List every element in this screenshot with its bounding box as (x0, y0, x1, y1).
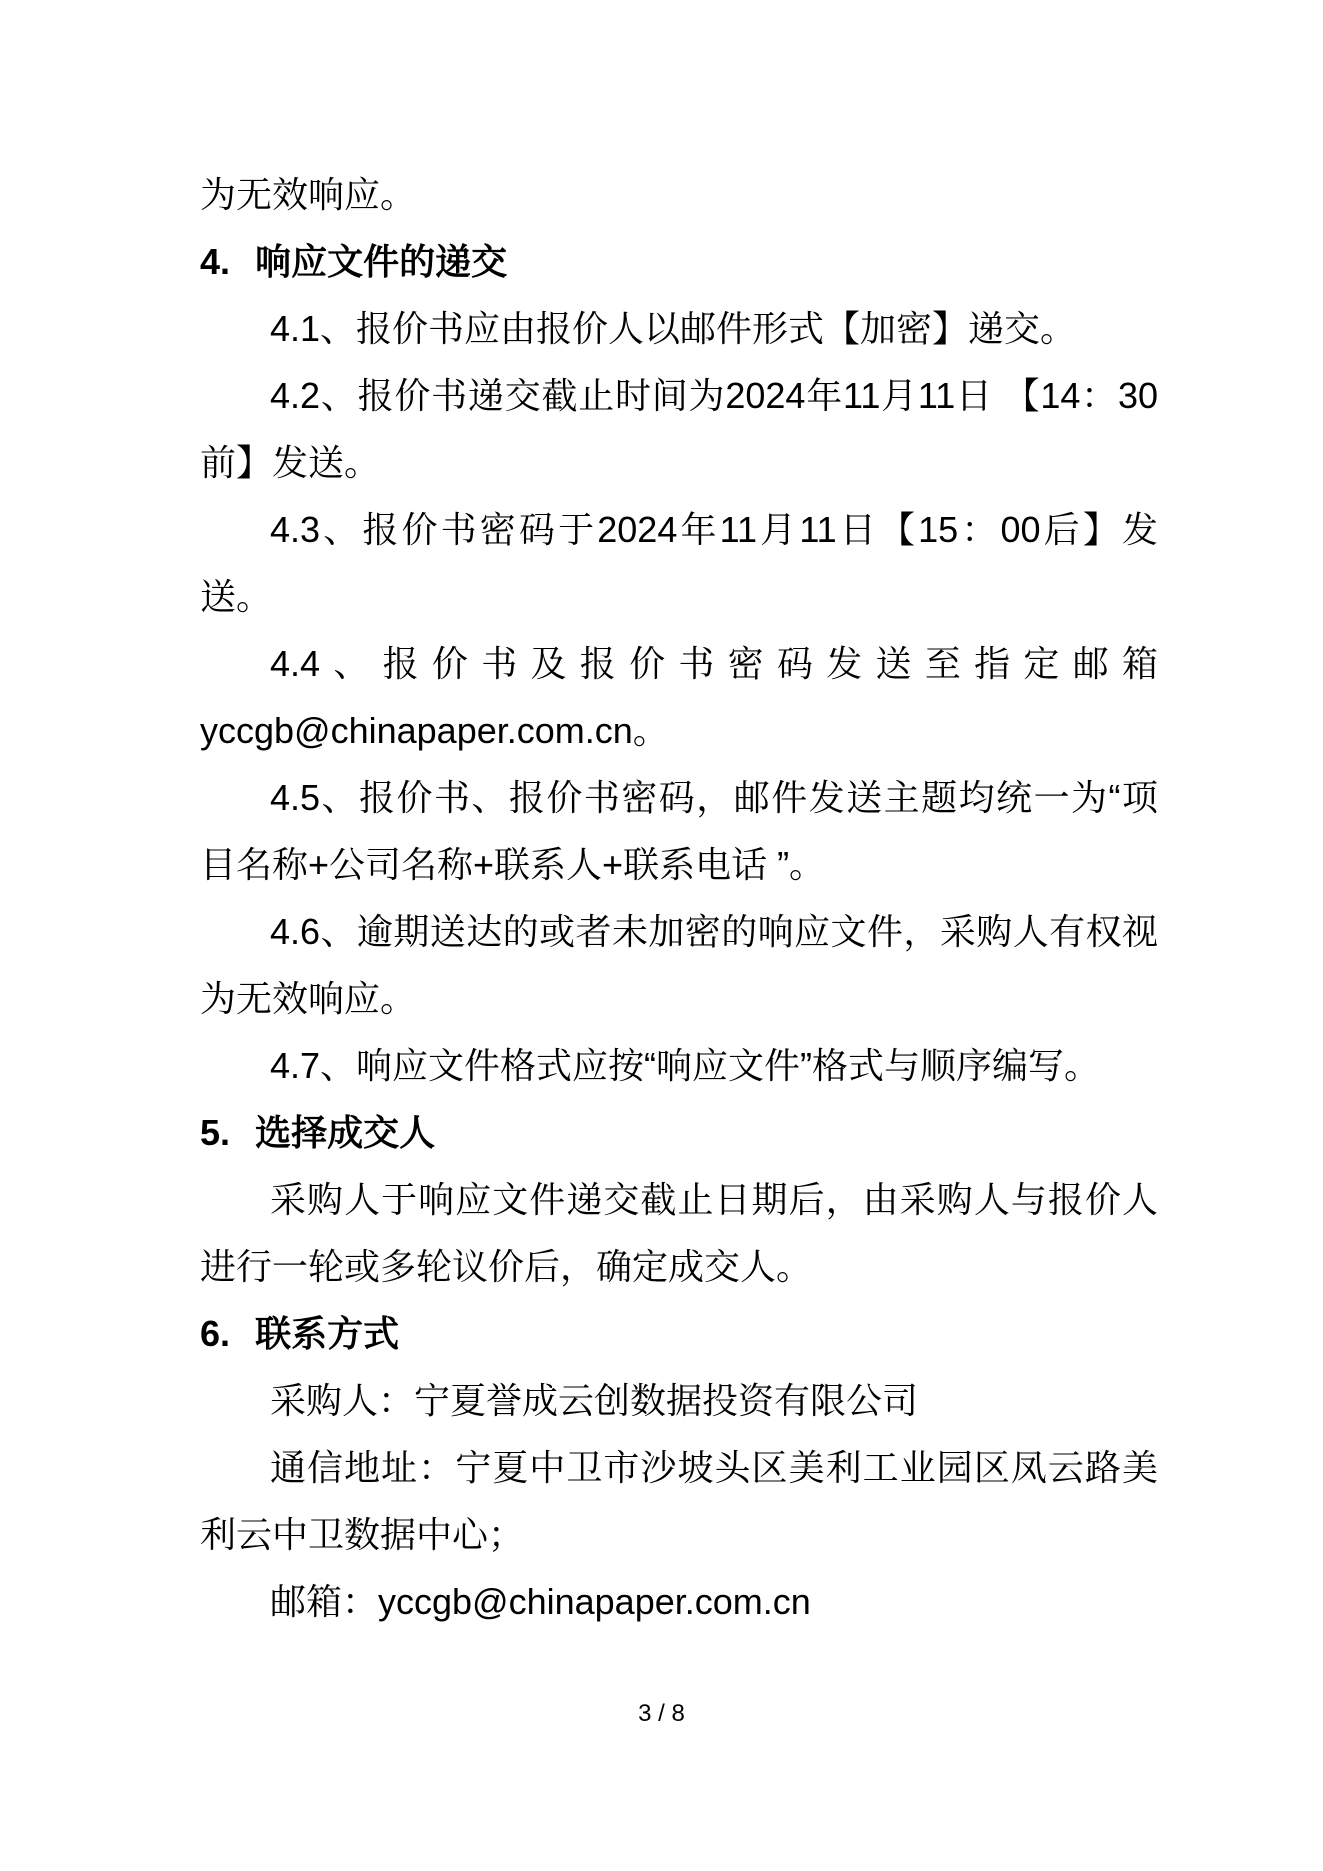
heading-number: 5. (200, 1112, 230, 1153)
heading-title: 联系方式 (255, 1313, 399, 1354)
section-heading-6: 6. 联系方式 (200, 1300, 1158, 1367)
heading-title: 响应文件的递交 (255, 241, 507, 282)
paragraph-4-1: 4.1、报价书应由报价人以邮件形式【加密】递交。 (200, 295, 1158, 362)
document-page: 为无效响应。 4. 响应文件的递交 4.1、报价书应由报价人以邮件形式【加密】递… (0, 0, 1323, 1871)
paragraph-4-3: 4.3、报价书密码于2024年11月11日【15：00后】发送。 (200, 496, 1158, 630)
heading-number: 4. (200, 241, 230, 282)
heading-number: 6. (200, 1313, 230, 1354)
paragraph-purchaser: 采购人：宁夏誉成云创数据投资有限公司 (200, 1367, 1158, 1434)
section-heading-4: 4. 响应文件的递交 (200, 228, 1158, 295)
heading-title: 选择成交人 (255, 1112, 435, 1153)
page-footer: 3 / 8 (0, 1698, 1323, 1730)
paragraph-4-2: 4.2、报价书递交截止时间为2024年11月11日 【14：30前】发送。 (200, 362, 1158, 496)
page-number: 3 / 8 (638, 1700, 685, 1727)
paragraph-select-winner: 采购人于响应文件递交截止日期后，由采购人与报价人进行一轮或多轮议价后，确定成交人… (200, 1166, 1158, 1300)
paragraph-4-6: 4.6、逾期送达的或者未加密的响应文件，采购人有权视为无效响应。 (200, 898, 1158, 1032)
paragraph-4-5: 4.5、报价书、报价书密码，邮件发送主题均统一为“项目名称+公司名称+联系人+联… (200, 764, 1158, 898)
paragraph-email: 邮箱：yccgb@chinapaper.com.cn (200, 1568, 1158, 1635)
paragraph-continuation: 为无效响应。 (200, 161, 1158, 228)
paragraph-4-7: 4.7、响应文件格式应按“响应文件”格式与顺序编写。 (200, 1032, 1158, 1099)
paragraph-address: 通信地址：宁夏中卫市沙坡头区美利工业园区凤云路美利云中卫数据中心； (200, 1434, 1158, 1568)
paragraph-4-4: 4.4、报价书及报价书密码发送至指定邮箱yccgb@chinapaper.com… (200, 630, 1158, 764)
section-heading-5: 5. 选择成交人 (200, 1099, 1158, 1166)
